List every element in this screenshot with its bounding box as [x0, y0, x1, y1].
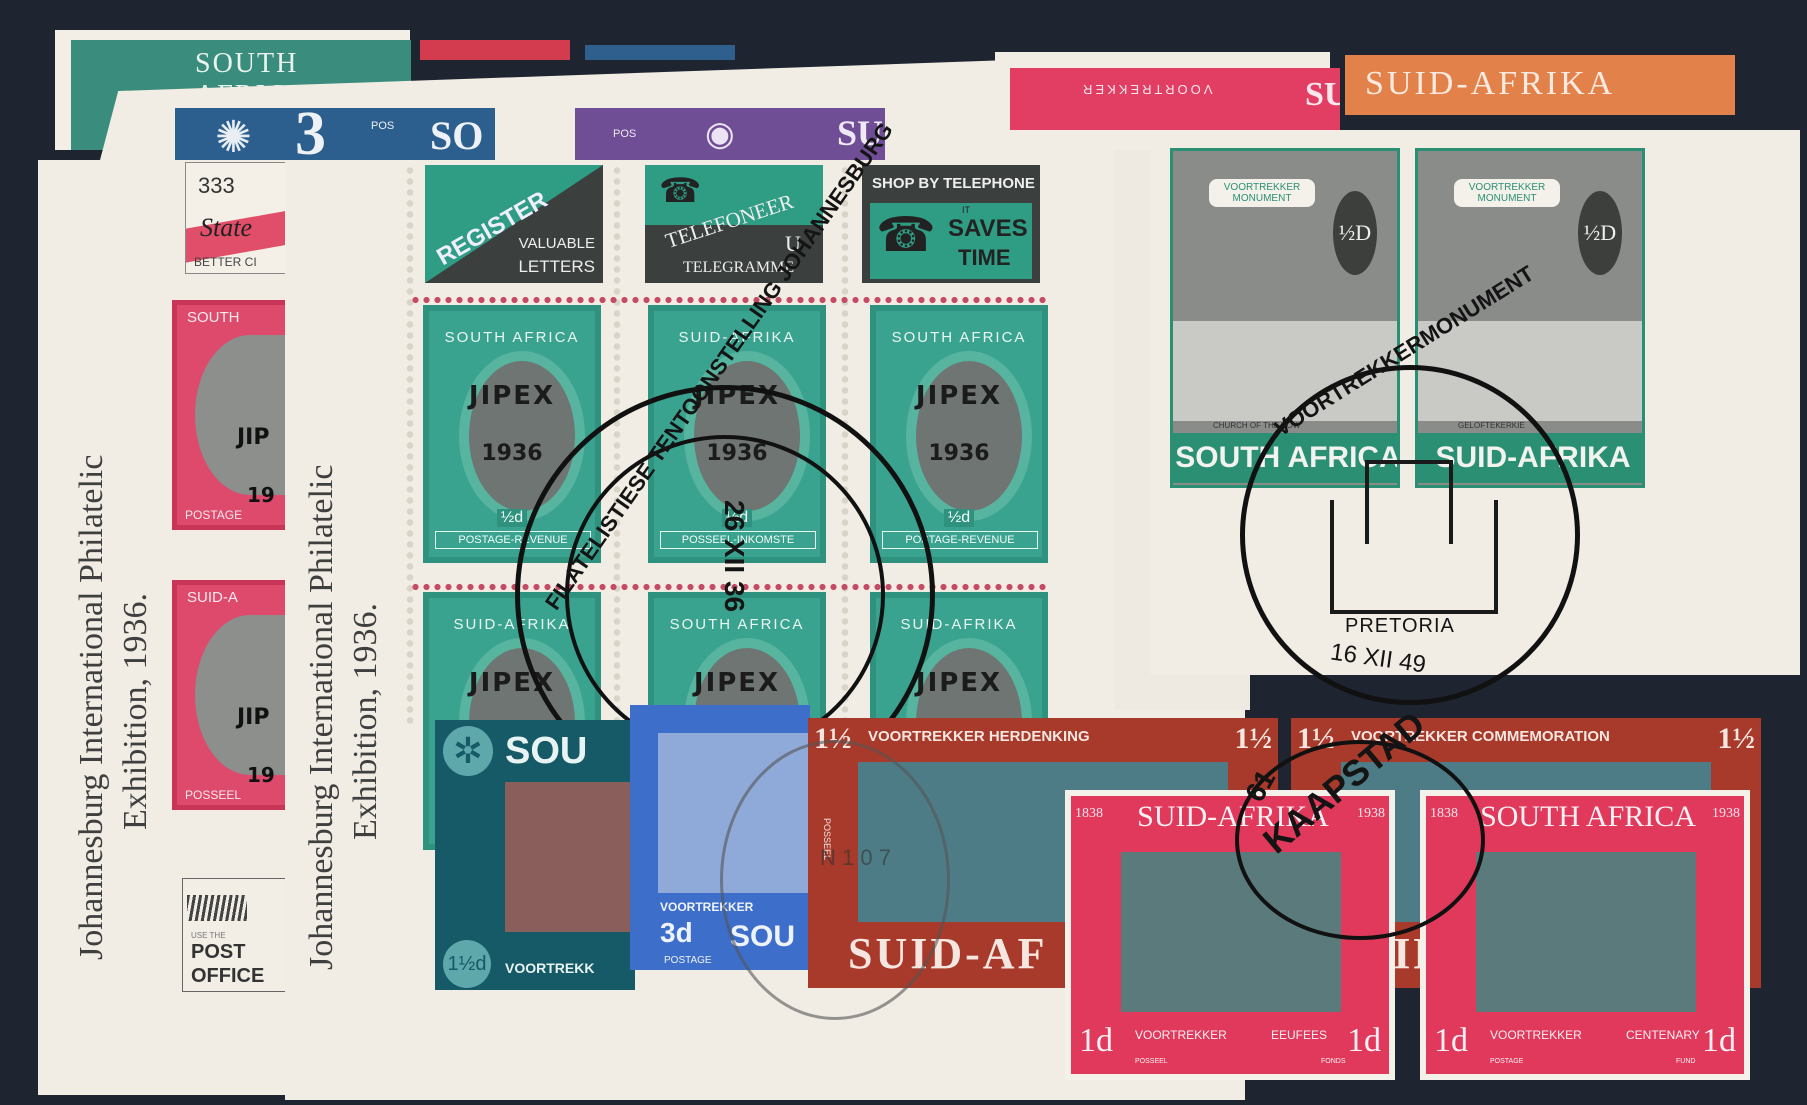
post-office-label: USE THE POST OFFICE: [182, 878, 294, 992]
voortrekker-centenary-stamp: 1838SUID-AFRIKA19381dVOORTREKKEREEUFEES1…: [1065, 790, 1395, 1080]
voortrekker-centenary-stamp: 1838SOUTH AFRICA19381dVOORTREKKERCENTENA…: [1420, 790, 1750, 1080]
teal-voortrekker-stamp: ✲ SOU 1½d VOORTREKK: [435, 720, 635, 990]
flower-icon: ✺: [215, 118, 275, 158]
wheel-icon: ✲: [443, 726, 493, 776]
telephone-icon: ☎: [659, 171, 701, 211]
ship-stamp-suid: SUID-A JIP 19 POSSEEL: [172, 580, 292, 810]
telephone-icon: ☎: [876, 207, 936, 263]
stripes-graphic: [187, 895, 247, 921]
left-margin-text: Johannesburg International Philatelic Ex…: [70, 455, 158, 960]
globe-icon: ◉: [705, 114, 735, 154]
ship-stamp-south: SOUTH JIP 19 POSTAGE: [172, 300, 292, 530]
springbok-stamp: SOUTH AFRICAJIPEX1936½dPOSTAGE-REVENUE: [423, 305, 601, 563]
second-margin-text: Johannesburg International Philatelic Ex…: [300, 465, 388, 970]
wagon-scene: [658, 733, 808, 893]
purple-stamp: POS ◉ SU: [575, 108, 885, 160]
label-register: REGISTER VALUABLE LETTERS: [425, 165, 603, 283]
ox-wagon-scene: [1476, 852, 1696, 1012]
springbok-stamp: SOUTH AFRICAJIPEX1936½dPOSTAGE-REVENUE: [870, 305, 1048, 563]
shield-value: ½D: [1333, 191, 1377, 275]
banner: VOORTREKKER MONUMENT: [1209, 179, 1315, 207]
top-blue-stamp-edge: [585, 45, 735, 60]
blue-stamp-3: ✺ 3 POS SO: [175, 108, 495, 160]
springbok-portrait: [906, 351, 1032, 521]
label-shop-by-telephone: SHOP BY TELEPHONE ☎ IT SAVES TIME: [862, 165, 1040, 283]
banner: VOORTREKKER MONUMENT: [1454, 179, 1560, 207]
orange-suid-afrika-stamp: SUID-AFRIKA: [1345, 55, 1735, 115]
pink-voortrekker-stamp: VOORTREKKER SU: [1010, 68, 1340, 130]
shield-value: ½D: [1578, 191, 1622, 275]
zulu-figure-scene: [505, 782, 635, 932]
ox-wagon-scene: [1121, 852, 1341, 1012]
blue-voortrekker-stamp: VOORTREKKER 3d SOU POSTAGE: [630, 705, 810, 970]
springbok-portrait: [459, 351, 585, 521]
top-red-stamp-edge: [420, 40, 570, 60]
